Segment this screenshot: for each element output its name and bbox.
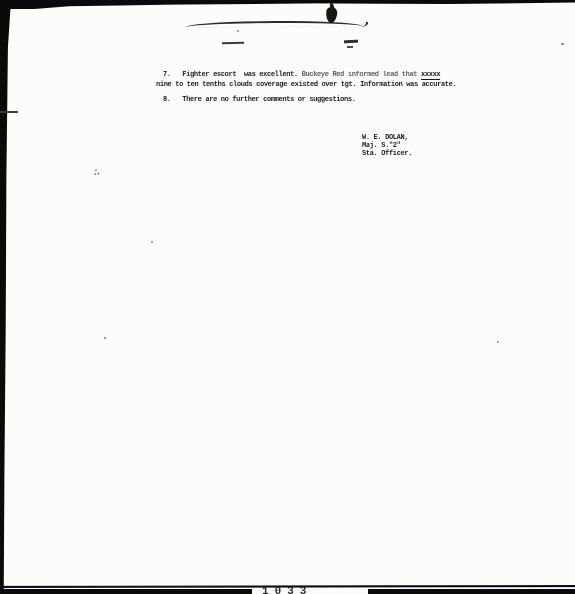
paragraph-7-struck-word: xxxxx — [421, 71, 440, 80]
scan-edge-bottom-right — [368, 589, 575, 594]
dash-mark-artifact — [222, 42, 244, 44]
speck-artifact — [237, 30, 239, 32]
paragraph-7-text-segment: Fighter escort was excellent. — [182, 71, 301, 79]
speck-artifact — [497, 341, 499, 343]
dash-mark-artifact — [347, 46, 353, 48]
speck-artifact — [104, 337, 106, 339]
scan-edge-bottom-left — [0, 589, 252, 594]
pen-line-tail-artifact — [358, 22, 368, 27]
scan-edge-top — [0, 0, 575, 9]
paragraph-8-gap — [171, 96, 183, 104]
paragraph-8-number: 8. — [163, 96, 171, 104]
left-margin-tick-artifact — [0, 111, 18, 113]
scan-edge-left — [0, 0, 11, 594]
paragraph-7-faded-segment: Buckeye Red informed lead that — [302, 71, 421, 79]
speck-artifact — [561, 43, 564, 45]
signature-title: Sta. Officer. — [362, 150, 412, 158]
smudge-artifact: ∴ — [92, 164, 106, 179]
signature-name: W. E. DOLAN, — [362, 134, 408, 142]
dash-mark-artifact — [344, 40, 358, 43]
paragraph-7-line-2: nine to ten tenths clouds coverage exist… — [156, 81, 456, 89]
cutoff-page-number: 1033 — [262, 586, 372, 594]
paragraph-8: 8. There are no further comments or sugg… — [163, 96, 356, 104]
speck-artifact — [151, 241, 153, 243]
paragraph-8-text: There are no further comments or suggest… — [182, 96, 355, 104]
paragraph-7-number: 7. — [163, 71, 171, 79]
signature-rank: Maj. S."2" — [362, 142, 401, 150]
scanned-document-page: 1033 ∴ 7. Fighter escort was excellent. … — [0, 0, 575, 594]
paragraph-7-gap — [171, 71, 183, 79]
paragraph-7-line-1: 7. Fighter escort was excellent. Buckeye… — [163, 71, 440, 79]
pen-line-artifact — [185, 21, 363, 28]
